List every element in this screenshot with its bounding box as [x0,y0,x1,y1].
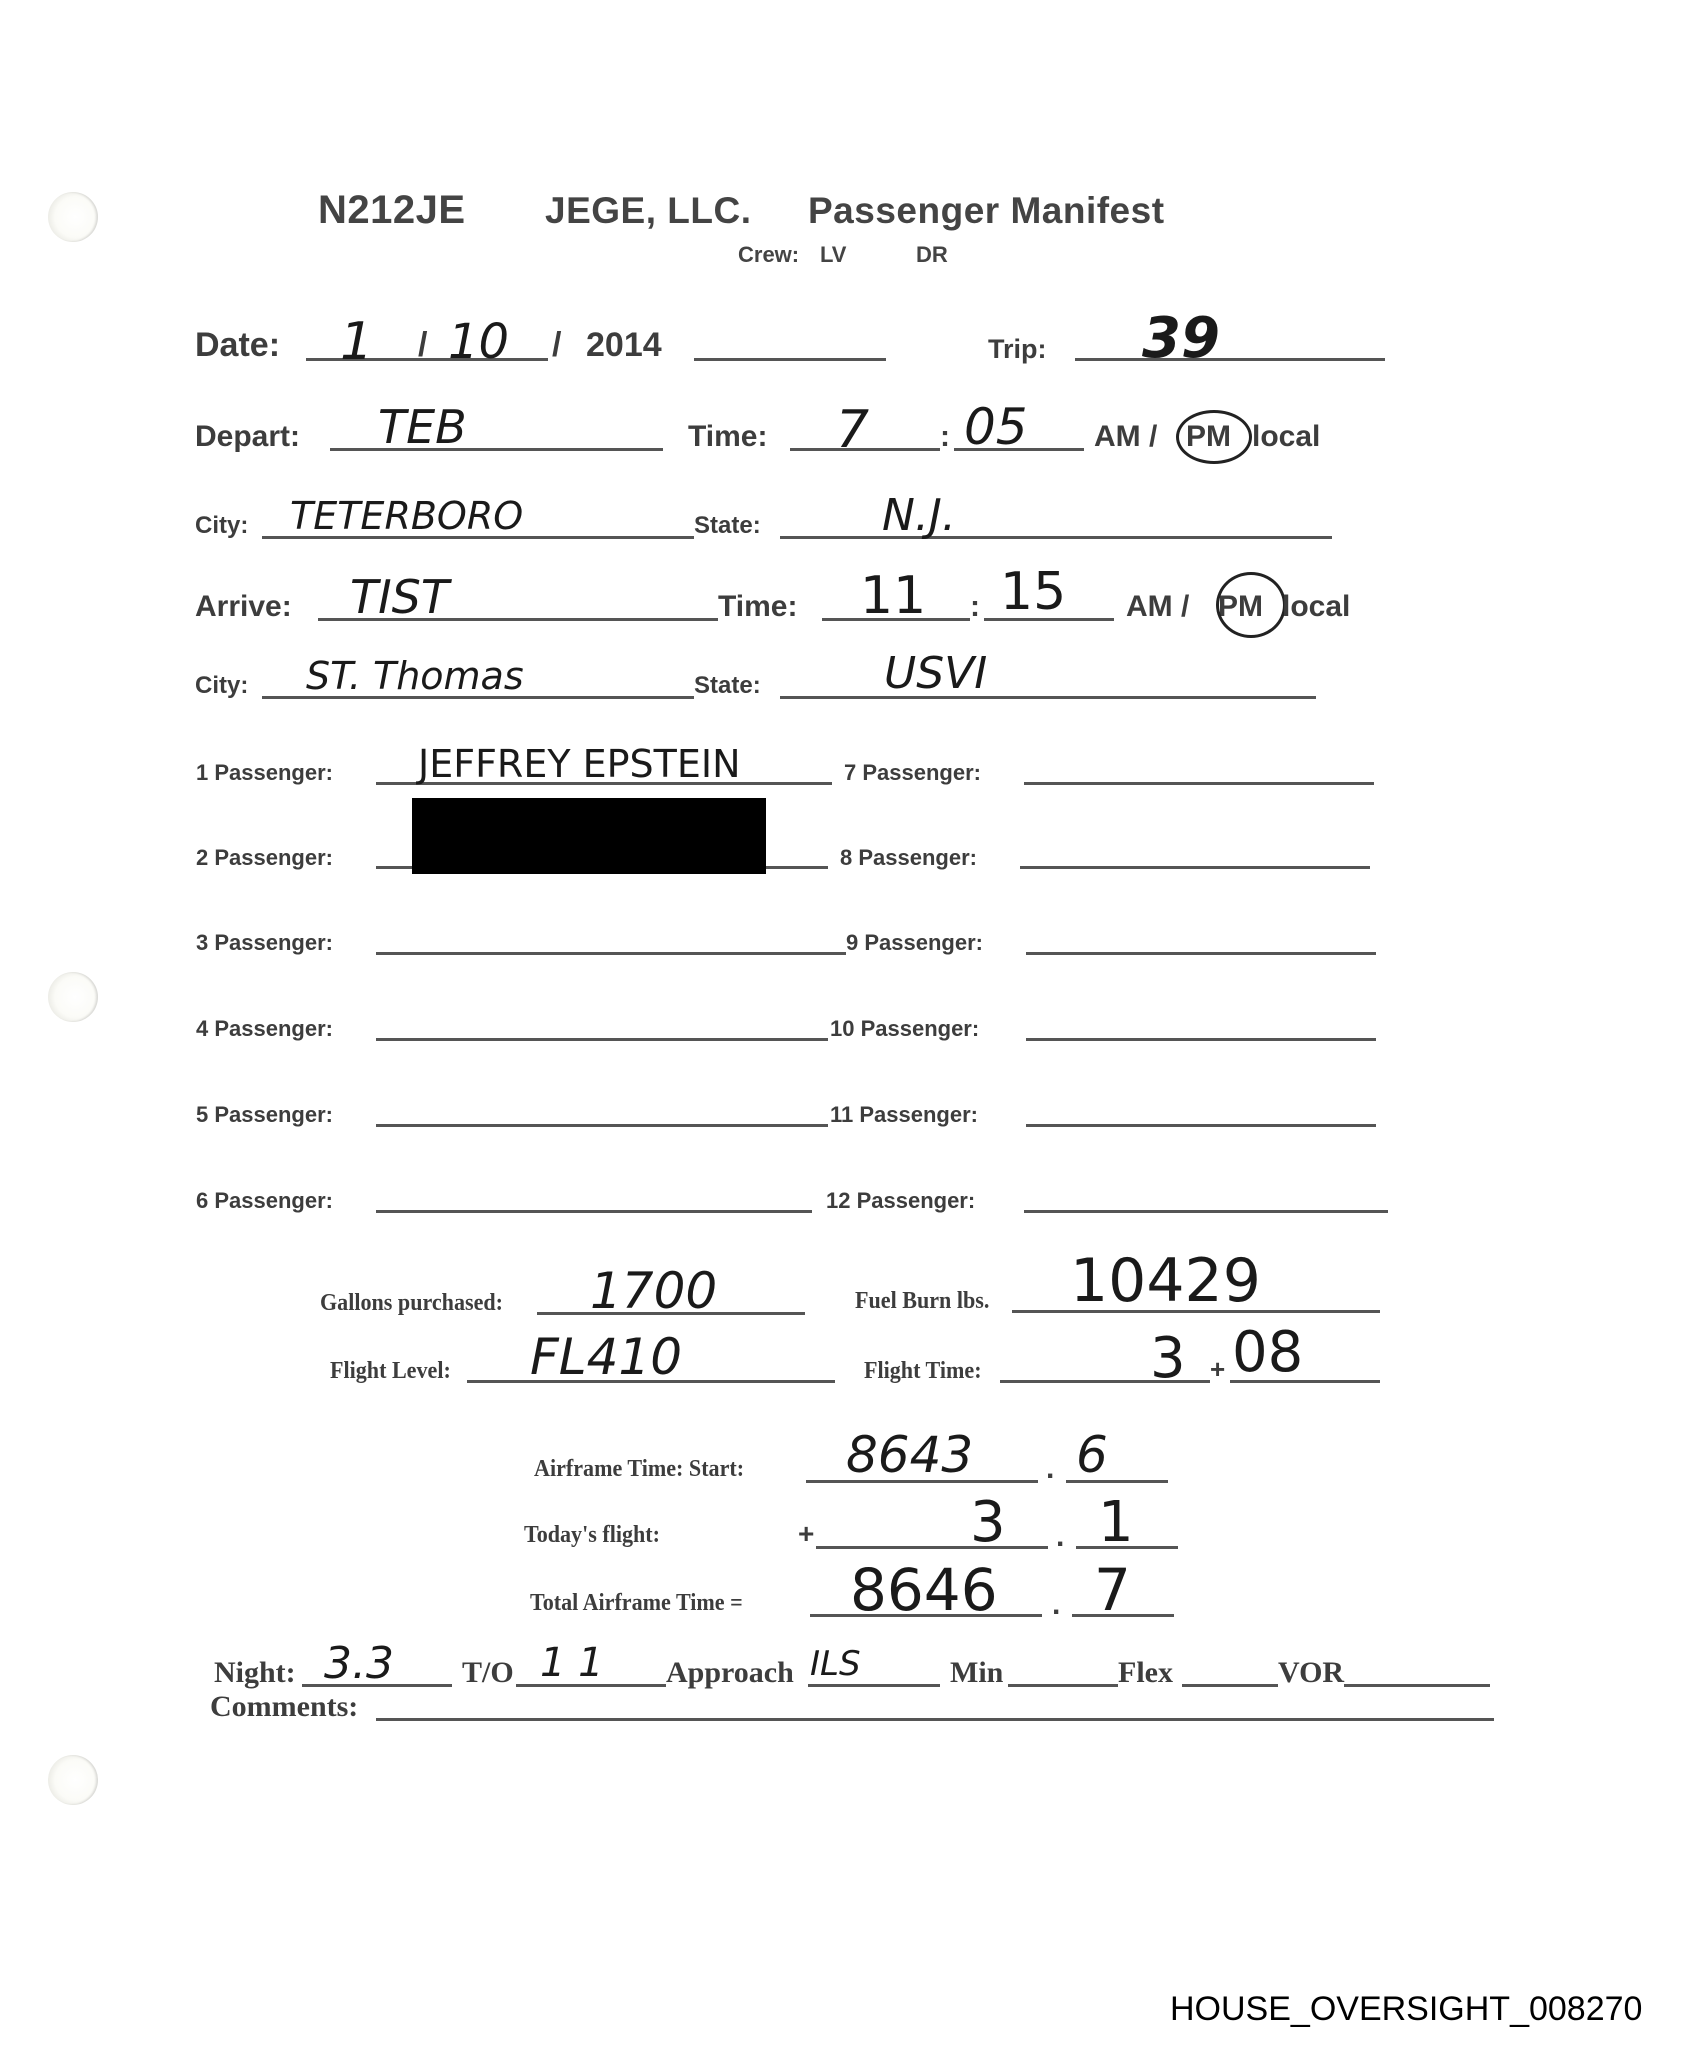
approach-label: Approach [666,1656,794,1690]
depart-hour-field[interactable]: 7 [836,400,869,460]
tail-number: N212JE [318,188,466,233]
total-airframe-tenths-field[interactable]: 7 [1094,1556,1131,1624]
passenger-5-line[interactable] [376,1124,828,1127]
arrive-hour-field[interactable]: 11 [860,566,926,626]
date-month-field[interactable]: 1 [340,312,373,372]
passenger-10-label: 10 Passenger: [830,1016,979,1042]
todays-flight-label: Today's flight: [524,1522,660,1549]
time-colon: : [940,420,950,454]
passenger-9-label: 9 Passenger: [846,930,983,956]
todays-flight-line [816,1546,1048,1549]
arrive-label: Arrive: [195,590,292,624]
time-colon-2: : [970,590,980,624]
approach-field[interactable]: ILS [810,1644,861,1684]
arrive-state-field[interactable]: USVI [884,648,987,699]
trip-number-field[interactable]: 39 [1142,306,1220,371]
todays-flight-dot: . [1056,1520,1064,1554]
todays-flight-plus: + [798,1518,814,1550]
crew-member-2: DR [916,242,948,268]
passenger-11-label: 11 Passenger: [830,1102,978,1128]
takeoff-field[interactable]: 1 1 [540,1640,604,1686]
punch-hole-bottom [48,1755,98,1805]
passenger-3-line[interactable] [376,952,846,955]
comments-label: Comments: [210,1690,358,1724]
depart-local-label: local [1252,420,1320,454]
passenger-2-redaction [412,798,766,874]
date-label: Date: [195,326,280,365]
flight-time-label: Flight Time: [864,1358,982,1385]
flight-level-field[interactable]: FL410 [530,1328,682,1386]
depart-pm-selected-circle [1176,410,1252,464]
total-airframe-dot: . [1052,1588,1060,1622]
form-title: Passenger Manifest [808,190,1165,232]
total-airframe-whole-field[interactable]: 8646 [850,1556,998,1624]
passenger-7-line[interactable] [1024,782,1374,785]
passenger-7-label: 7 Passenger: [844,760,981,786]
passenger-1-field[interactable]: JEFFREY EPSTEIN [418,742,741,786]
depart-am-option[interactable]: AM / [1094,420,1157,454]
night-label: Night: [214,1656,296,1690]
depart-state-field[interactable]: N.J. [882,490,956,541]
flex-label: Flex [1118,1656,1173,1690]
night-field[interactable]: 3.3 [324,1638,394,1689]
passenger-10-line[interactable] [1026,1038,1376,1041]
arrive-time-label: Time: [718,590,797,624]
passenger-6-line[interactable] [376,1210,812,1213]
fuel-burn-label: Fuel Burn lbs. [855,1288,989,1315]
fuel-burn-field[interactable]: 10429 [1070,1246,1261,1316]
depart-time-label: Time: [688,420,767,454]
passenger-3-label: 3 Passenger: [196,930,333,956]
depart-minute-field[interactable]: 05 [964,398,1028,456]
flight-level-label: Flight Level: [330,1358,451,1385]
arrive-airport-field[interactable]: TIST [350,570,449,624]
gallons-label: Gallons purchased: [320,1290,503,1317]
manifest-page: N212JE JEGE, LLC. Passenger Manifest Cre… [0,0,1700,2048]
passenger-2-label: 2 Passenger: [196,845,333,871]
airframe-start-label: Airframe Time: Start: [534,1456,744,1483]
passenger-1-label: 1 Passenger: [196,760,333,786]
passenger-8-line[interactable] [1020,866,1370,869]
arrive-state-label: State: [694,672,761,700]
flight-time-plus: + [1210,1354,1225,1385]
date-day-field[interactable]: 10 [448,314,509,370]
date-year: 2014 [586,326,662,365]
todays-flight-tenths-field[interactable]: 1 [1098,1490,1134,1555]
depart-airport-field[interactable]: TEB [378,400,467,454]
arrive-minute-field[interactable]: 15 [1000,562,1066,622]
arrive-state-line [780,696,1316,699]
crew-member-1: LV [820,242,846,268]
depart-state-line [780,536,1332,539]
takeoff-label: T/O [462,1656,514,1690]
comments-line[interactable] [376,1718,1494,1721]
depart-label: Depart: [195,420,300,454]
crew-label: Crew: [738,242,799,268]
approach-line [808,1684,940,1687]
arrive-city-label: City: [195,672,248,700]
passenger-12-label: 12 Passenger: [826,1188,975,1214]
todays-flight-whole-field[interactable]: 3 [970,1490,1006,1555]
airframe-start-tenths-field[interactable]: 6 [1076,1426,1108,1484]
airframe-start-dot: . [1046,1452,1054,1486]
passenger-12-line[interactable] [1024,1210,1388,1213]
company-name: JEGE, LLC. [545,190,751,232]
total-airframe-label: Total Airframe Time = [530,1590,743,1617]
date-separator-2: / [552,326,561,365]
vor-label: VOR [1278,1656,1344,1690]
passenger-5-label: 5 Passenger: [196,1102,333,1128]
passenger-9-line[interactable] [1026,952,1376,955]
arrive-pm-selected-circle [1216,572,1286,638]
depart-city-field[interactable]: TETERBORO [290,494,523,538]
punch-hole-top [48,192,98,242]
depart-state-label: State: [694,512,761,540]
min-line[interactable] [1008,1684,1118,1687]
trip-label: Trip: [988,334,1047,365]
depart-city-label: City: [195,512,248,540]
trip-line [1075,358,1385,361]
passenger-8-label: 8 Passenger: [840,845,977,871]
bates-number: HOUSE_OVERSIGHT_008270 [1170,1990,1642,2029]
flex-line[interactable] [1182,1684,1278,1687]
gallons-field[interactable]: 1700 [590,1262,717,1320]
passenger-4-label: 4 Passenger: [196,1016,333,1042]
passenger-11-line[interactable] [1026,1124,1376,1127]
airframe-start-whole-field[interactable]: 8643 [846,1426,973,1484]
vor-line[interactable] [1344,1684,1490,1687]
flight-time-minutes-field[interactable]: 08 [1232,1320,1303,1385]
flight-time-hours-field[interactable]: 3 [1150,1326,1186,1391]
date-year-line [694,358,886,361]
arrive-city-field[interactable]: ST. Thomas [306,654,524,698]
passenger-4-line[interactable] [376,1038,828,1041]
passenger-6-label: 6 Passenger: [196,1188,333,1214]
date-separator-1: / [418,326,427,365]
min-label: Min [950,1656,1003,1690]
arrive-am-option[interactable]: AM / [1126,590,1189,624]
arrive-local-label: local [1282,590,1350,624]
punch-hole-middle [48,972,98,1022]
